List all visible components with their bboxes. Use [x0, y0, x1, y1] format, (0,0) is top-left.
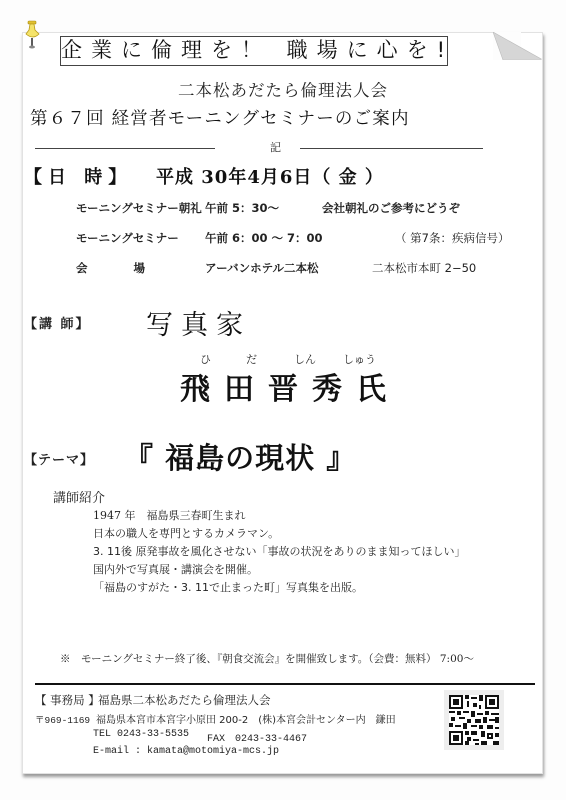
schedule-note: 会社朝礼のご参考にどうぞ	[322, 200, 460, 216]
office-label: 【 事務局 】	[35, 692, 100, 708]
bio-line: 日本の職人を専門とするカメラマン。	[93, 525, 279, 541]
bio-line: 「福島のすがた・3. 11で止まった町」写真集を出版。	[93, 579, 363, 595]
qr-code-icon	[449, 695, 499, 745]
date-value: 平成 30年4月6日（ 金 ）	[156, 167, 384, 188]
office-tel: TEL 0243-33-5535	[93, 729, 189, 740]
pushpin-icon	[22, 20, 44, 54]
breakfast-note: ※ モーニングセミナー終了後、『朝食交流会』を開催致します。（会費：無料） 7:…	[60, 651, 474, 666]
folded-corner-edge	[493, 32, 543, 60]
theme-title: 『 福島の現状 』	[124, 436, 356, 477]
lecturer-label: 【講 師】	[24, 313, 91, 332]
bio-line: 3. 11後 原発事故を風化させない「事故の状況をありのまま知ってほしい」	[93, 543, 465, 559]
office-name: 福島県二本松あだたら倫理法人会	[98, 692, 271, 708]
office-fax: FAX 0243-33-4467	[207, 729, 307, 745]
schedule-name: モーニングセミナー朝礼	[76, 200, 202, 216]
venue-name: アーバンホテル二本松	[205, 260, 319, 276]
schedule-name: モーニングセミナー	[76, 230, 179, 246]
office-address: 福島県本宮市本宮字小原田 200-2 (株)本宮会計センター内 鎌田	[96, 711, 396, 726]
lecturer-profession: 写真家	[146, 303, 251, 342]
venue-label: 会 場	[76, 260, 145, 276]
bio-line: 1947 年 福島県三春町生まれ	[93, 507, 246, 523]
schedule-note: （ 第7条：疾病信号）	[395, 230, 509, 246]
bio-heading: 講師紹介	[53, 487, 105, 506]
schedule-time: 午前 5：30～	[205, 200, 279, 216]
office-email: E-mail : kamata@motomiya-mcs.jp	[93, 746, 279, 757]
venue-address: 二本松市本町 2−50	[372, 260, 476, 276]
theme-label: 【テーマ】	[24, 449, 94, 468]
bio-line: 国内外で写真展・講演会を開催。	[93, 561, 258, 577]
date-label: 【日 時】	[24, 163, 156, 189]
footer-divider	[35, 683, 535, 685]
divider-right	[300, 148, 483, 149]
lecturer-name: 飛田晋秀氏	[180, 364, 400, 408]
seminar-title: 第６７回 経営者モーニングセミナーのご案内	[30, 105, 410, 130]
postal-code: 〒969-1169	[35, 712, 90, 726]
date-row: 【日 時】平成 30年4月6日（ 金 ）	[24, 163, 384, 189]
organization-name: 二本松あだたら倫理法人会	[0, 77, 566, 101]
qr-code[interactable]	[444, 690, 504, 750]
ki-mark: 記	[270, 139, 281, 155]
divider-left	[35, 148, 215, 149]
schedule-time: 午前 6：00 ～ 7：00	[205, 230, 323, 246]
slogan-banner: 企業に倫理を！ 職場に心を!	[60, 36, 448, 66]
